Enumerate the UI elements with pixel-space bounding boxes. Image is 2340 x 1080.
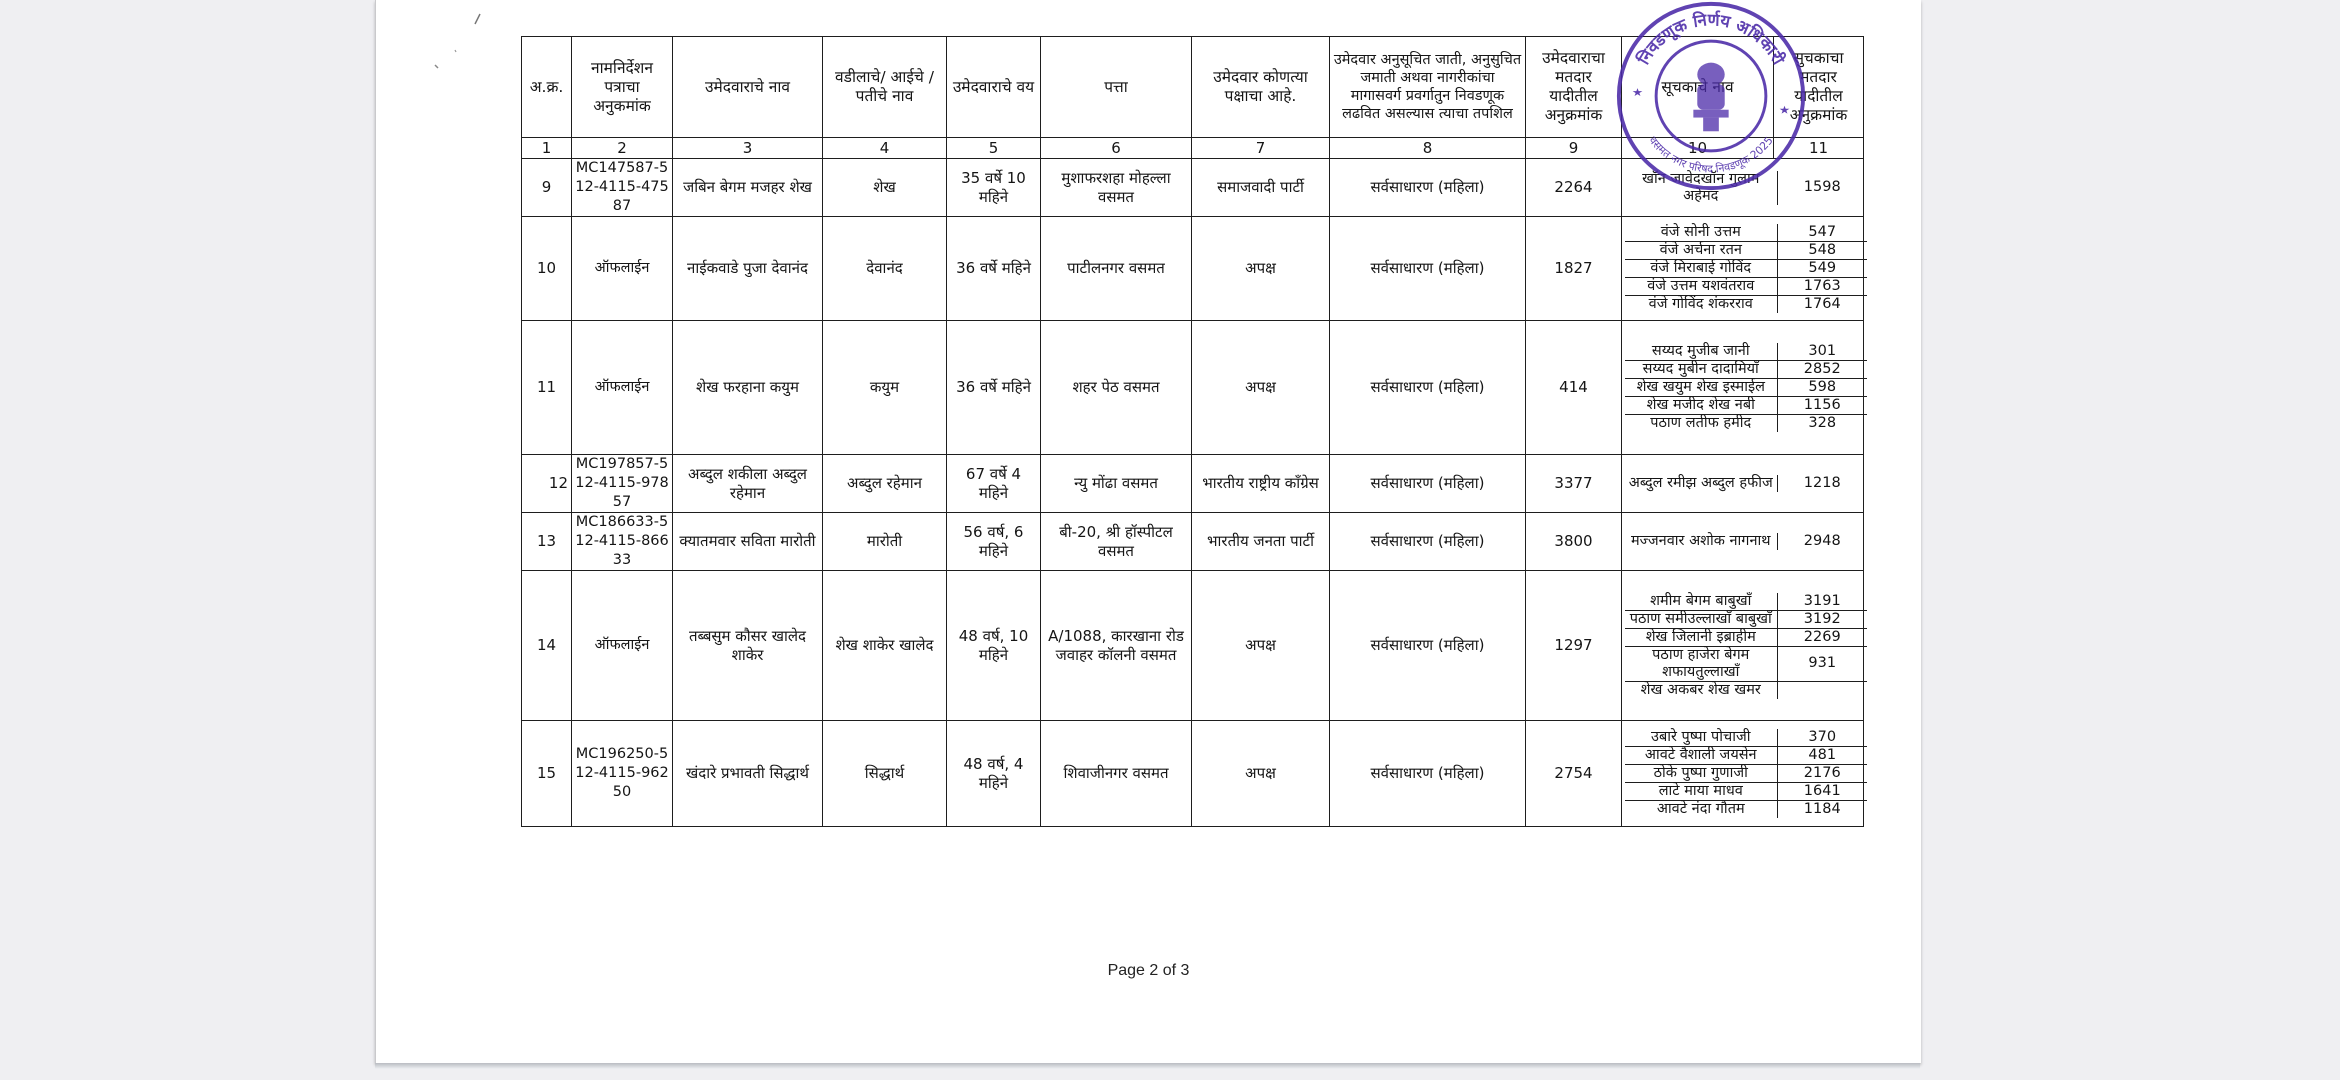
proposer-row: खॉन जावेदखॉन गुलाम अहेमद1598 xyxy=(1625,171,1867,205)
proposer-voter-no: 2852 xyxy=(1777,361,1867,379)
document-page: अ.क्र. नामनिर्देशन पत्राचा अनुकमांक उमेद… xyxy=(375,0,1921,1063)
cell-age: 48 वर्ष, 4 महिने xyxy=(947,721,1041,827)
cell-relative-name: सिद्धार्थ xyxy=(823,721,947,827)
cell-address: बी-20, श्री हॉस्पीटल वसमत xyxy=(1041,513,1192,571)
cell-address: मुशाफरशहा मोहल्ला वसमत xyxy=(1041,159,1192,217)
header-cell: वडीलाचे/ आईचे / पतीचे नाव xyxy=(823,37,947,138)
cell-sr: 11 xyxy=(522,321,572,455)
table-row: 9MC147587-512-4115-47587जबिन बेगम मजहर श… xyxy=(522,159,1864,217)
proposers-cell: अब्दुल रमीझ अब्दुल हफीज1218 xyxy=(1622,455,1864,513)
cell-sr: 15 xyxy=(522,721,572,827)
proposers-cell: सय्यद मुजीब जानी301सय्यद मुबीन दादामियाँ… xyxy=(1622,321,1864,455)
page-number: Page 2 of 3 xyxy=(376,962,1921,980)
proposer-name: सय्यद मुजीब जानी xyxy=(1625,343,1777,361)
proposer-row: मज्जनवार अशोक नागनाथ2948 xyxy=(1625,533,1867,550)
cell-nomination-no: ऑफलाईन xyxy=(572,217,673,321)
proposer-list: शमीम बेगम बाबुखॉं3191पठाण समीउल्लाखॉं बा… xyxy=(1625,593,1867,699)
proposer-name: लाटे माया माधव xyxy=(1625,783,1777,801)
proposers-cell: उबारे पुष्पा पोचाजी370आवटे वैशाली जयसेन4… xyxy=(1622,721,1864,827)
proposer-list: उबारे पुष्पा पोचाजी370आवटे वैशाली जयसेन4… xyxy=(1625,729,1867,818)
cell-category: सर्वसाधारण (महिला) xyxy=(1330,159,1526,217)
cell-address: शिवाजीनगर वसमत xyxy=(1041,721,1192,827)
proposer-name: उबारे पुष्पा पोचाजी xyxy=(1625,729,1777,747)
cell-voter-no: 2754 xyxy=(1526,721,1622,827)
cell-category: सर्वसाधारण (महिला) xyxy=(1330,721,1526,827)
header-cell: उमेदवाराचे नाव xyxy=(673,37,823,138)
proposer-row: शेख खयुम शेख इस्माईल598 xyxy=(1625,379,1867,397)
proposer-name: शेख मजीद शेख नबी xyxy=(1625,397,1777,415)
proposer-name: वंजे सोनी उत्तम xyxy=(1625,224,1777,242)
table-header-row: अ.क्र. नामनिर्देशन पत्राचा अनुकमांक उमेद… xyxy=(522,37,1864,138)
cell-category: सर्वसाधारण (महिला) xyxy=(1330,217,1526,321)
proposer-name: खॉन जावेदखॉन गुलाम अहेमद xyxy=(1625,171,1777,205)
proposer-row: शेख अकबर शेख खमर xyxy=(1625,681,1867,699)
cell-address: A/1088, कारखाना रोड जवाहर कॉलनी वसमत xyxy=(1041,571,1192,721)
column-number: 3 xyxy=(673,138,823,159)
column-number: 7 xyxy=(1192,138,1330,159)
proposer-voter-no: 328 xyxy=(1777,415,1867,433)
table-row: 11ऑफलाईनशेख फरहाना कयुमकयुम36 वर्षे महिन… xyxy=(522,321,1864,455)
proposer-voter-no: 1763 xyxy=(1777,278,1867,296)
column-number: 2 xyxy=(572,138,673,159)
proposer-row: पठाण हाजेरा बेगम शफायतुल्लाखॉं931 xyxy=(1625,646,1867,681)
cell-age: 36 वर्षे महिने xyxy=(947,321,1041,455)
column-number-row: 1 2 3 4 5 6 7 8 9 10 11 xyxy=(522,138,1864,159)
proposer-row: आवटे वैशाली जयसेन481 xyxy=(1625,747,1867,765)
column-number: 10 xyxy=(1622,138,1774,159)
proposer-voter-no: 481 xyxy=(1777,747,1867,765)
cell-nomination-no: MC196250-512-4115-96250 xyxy=(572,721,673,827)
cell-relative-name: मारोती xyxy=(823,513,947,571)
proposer-list: वंजे सोनी उत्तम547वंजे अर्चना रतन548वंजे… xyxy=(1625,224,1867,313)
header-cell: सूचकाचे नाव xyxy=(1622,37,1774,138)
proposer-voter-no: 598 xyxy=(1777,379,1867,397)
proposer-voter-no: 370 xyxy=(1777,729,1867,747)
column-number: 1 xyxy=(522,138,572,159)
proposer-voter-no: 1598 xyxy=(1777,171,1867,205)
cell-age: 56 वर्ष, 6 महिने xyxy=(947,513,1041,571)
proposer-row: शेख जिलानी इब्राहीम2269 xyxy=(1625,628,1867,646)
proposer-name: शमीम बेगम बाबुखॉं xyxy=(1625,593,1777,611)
table-row: 12MC197857-512-4115-97857अब्दुल शकीला अब… xyxy=(522,455,1864,513)
cell-relative-name: अब्दुल रहेमान xyxy=(823,455,947,513)
cell-age: 67 वर्षे 4 महिने xyxy=(947,455,1041,513)
table-body: 9MC147587-512-4115-47587जबिन बेगम मजहर श… xyxy=(522,159,1864,827)
cell-sr: 12 xyxy=(522,455,572,513)
cell-address: शहर पेठ वसमत xyxy=(1041,321,1192,455)
proposer-voter-no: 548 xyxy=(1777,242,1867,260)
header-cell: पत्ता xyxy=(1041,37,1192,138)
proposer-voter-no: 1184 xyxy=(1777,801,1867,819)
header-cell: उमेदवार कोणत्या पक्षाचा आहे. xyxy=(1192,37,1330,138)
proposer-row: शेख मजीद शेख नबी1156 xyxy=(1625,397,1867,415)
proposer-row: लाटे माया माधव1641 xyxy=(1625,783,1867,801)
proposer-voter-no: 547 xyxy=(1777,224,1867,242)
proposer-voter-no: 3191 xyxy=(1777,593,1867,611)
proposer-row: अब्दुल रमीझ अब्दुल हफीज1218 xyxy=(1625,475,1867,492)
proposer-list: अब्दुल रमीझ अब्दुल हफीज1218 xyxy=(1625,475,1867,492)
cell-sr: 14 xyxy=(522,571,572,721)
table-row: 13MC186633-512-4115-86633क्यातमवार सविता… xyxy=(522,513,1864,571)
cell-name: जबिन बेगम मजहर शेख xyxy=(673,159,823,217)
cell-voter-no: 1827 xyxy=(1526,217,1622,321)
proposer-row: आवटे नंदा गौतम1184 xyxy=(1625,801,1867,819)
proposer-voter-no: 549 xyxy=(1777,260,1867,278)
header-cell: उमेदवाराचे वय xyxy=(947,37,1041,138)
cell-voter-no: 414 xyxy=(1526,321,1622,455)
cell-nomination-no: ऑफलाईन xyxy=(572,321,673,455)
column-number: 11 xyxy=(1774,138,1864,159)
proposers-cell: वंजे सोनी उत्तम547वंजे अर्चना रतन548वंजे… xyxy=(1622,217,1864,321)
cell-address: पाटीलनगर वसमत xyxy=(1041,217,1192,321)
proposer-name: पठाण हाजेरा बेगम शफायतुल्लाखॉं xyxy=(1625,646,1777,681)
proposer-name: वंजे मिराबाई गोविंद xyxy=(1625,260,1777,278)
cell-relative-name: शेख xyxy=(823,159,947,217)
proposer-row: सय्यद मुजीब जानी301 xyxy=(1625,343,1867,361)
proposer-list: मज्जनवार अशोक नागनाथ2948 xyxy=(1625,533,1867,550)
proposer-voter-no: 2269 xyxy=(1777,628,1867,646)
proposer-voter-no: 301 xyxy=(1777,343,1867,361)
cell-category: सर्वसाधारण (महिला) xyxy=(1330,455,1526,513)
proposer-voter-no: 1156 xyxy=(1777,397,1867,415)
proposer-row: शमीम बेगम बाबुखॉं3191 xyxy=(1625,593,1867,611)
proposer-name: पठाण समीउल्लाखॉं बाबुखॉं xyxy=(1625,610,1777,628)
proposer-row: पठाण समीउल्लाखॉं बाबुखॉं3192 xyxy=(1625,610,1867,628)
page-edge xyxy=(375,1063,1920,1069)
cell-sr: 10 xyxy=(522,217,572,321)
proposers-cell: शमीम बेगम बाबुखॉं3191पठाण समीउल्लाखॉं बा… xyxy=(1622,571,1864,721)
proposer-row: पठाण लतीफ हमीद328 xyxy=(1625,415,1867,433)
cell-name: क्यातमवार सविता मारोती xyxy=(673,513,823,571)
cell-category: सर्वसाधारण (महिला) xyxy=(1330,571,1526,721)
cell-sr: 9 xyxy=(522,159,572,217)
cell-name: खंदारे प्रभावती सिद्धार्थ xyxy=(673,721,823,827)
cell-party: अपक्ष xyxy=(1192,571,1330,721)
proposers-cell: मज्जनवार अशोक नागनाथ2948 xyxy=(1622,513,1864,571)
cell-relative-name: कयुम xyxy=(823,321,947,455)
cell-nomination-no: ऑफलाईन xyxy=(572,571,673,721)
column-number: 9 xyxy=(1526,138,1622,159)
cell-voter-no: 3800 xyxy=(1526,513,1622,571)
proposer-voter-no: 2948 xyxy=(1777,533,1867,550)
proposers-cell: खॉन जावेदखॉन गुलाम अहेमद1598 xyxy=(1622,159,1864,217)
proposer-row: ठोके पुष्पा गुणाजी2176 xyxy=(1625,765,1867,783)
cell-age: 36 वर्षे महिने xyxy=(947,217,1041,321)
candidate-table: अ.क्र. नामनिर्देशन पत्राचा अनुकमांक उमेद… xyxy=(521,36,1864,827)
header-cell: उमेदवार अनुसूचित जाती, अनुसुचित जमाती अथ… xyxy=(1330,37,1526,138)
cell-nomination-no: MC197857-512-4115-97857 xyxy=(572,455,673,513)
proposer-name: सय्यद मुबीन दादामियाँ xyxy=(1625,361,1777,379)
cell-party: समाजवादी पार्टी xyxy=(1192,159,1330,217)
proposer-row: वंजे मिराबाई गोविंद549 xyxy=(1625,260,1867,278)
table-row: 14ऑफलाईनतब्बसुम कौसर खालेद शाकेरशेख शाके… xyxy=(522,571,1864,721)
cell-address: न्यु मोंढा वसमत xyxy=(1041,455,1192,513)
column-number: 6 xyxy=(1041,138,1192,159)
header-cell: नामनिर्देशन पत्राचा अनुकमांक xyxy=(572,37,673,138)
cell-voter-no: 1297 xyxy=(1526,571,1622,721)
proposer-voter-no: 931 xyxy=(1777,646,1867,681)
proposer-name: वंजे अर्चना रतन xyxy=(1625,242,1777,260)
cell-nomination-no: MC186633-512-4115-86633 xyxy=(572,513,673,571)
proposer-voter-no: 1218 xyxy=(1777,475,1867,492)
proposer-voter-no xyxy=(1777,681,1867,699)
proposer-row: उबारे पुष्पा पोचाजी370 xyxy=(1625,729,1867,747)
proposer-row: वंजे अर्चना रतन548 xyxy=(1625,242,1867,260)
cell-voter-no: 2264 xyxy=(1526,159,1622,217)
proposer-name: आवटे वैशाली जयसेन xyxy=(1625,747,1777,765)
proposer-name: शेख जिलानी इब्राहीम xyxy=(1625,628,1777,646)
proposer-name: वंजे गोविंद शंकरराव xyxy=(1625,296,1777,314)
proposer-name: शेख खयुम शेख इस्माईल xyxy=(1625,379,1777,397)
proposer-name: ठोके पुष्पा गुणाजी xyxy=(1625,765,1777,783)
proposer-name: अब्दुल रमीझ अब्दुल हफीज xyxy=(1625,475,1777,492)
cell-name: नाईकवाडे पुजा देवानंद xyxy=(673,217,823,321)
cell-category: सर्वसाधारण (महिला) xyxy=(1330,513,1526,571)
cell-nomination-no: MC147587-512-4115-47587 xyxy=(572,159,673,217)
proposer-name: पठाण लतीफ हमीद xyxy=(1625,415,1777,433)
cell-name: शेख फरहाना कयुम xyxy=(673,321,823,455)
proposer-name: आवटे नंदा गौतम xyxy=(1625,801,1777,819)
proposer-list: खॉन जावेदखॉन गुलाम अहेमद1598 xyxy=(1625,171,1867,205)
cell-category: सर्वसाधारण (महिला) xyxy=(1330,321,1526,455)
proposer-row: वंजे सोनी उत्तम547 xyxy=(1625,224,1867,242)
cell-party: अपक्ष xyxy=(1192,321,1330,455)
cell-relative-name: शेख शाकेर खालेद xyxy=(823,571,947,721)
header-cell: अ.क्र. xyxy=(522,37,572,138)
proposer-row: वंजे उत्तम यशवंतराव1763 xyxy=(1625,278,1867,296)
proposer-list: सय्यद मुजीब जानी301सय्यद मुबीन दादामियाँ… xyxy=(1625,343,1867,432)
cell-relative-name: देवानंद xyxy=(823,217,947,321)
cell-voter-no: 3377 xyxy=(1526,455,1622,513)
proposer-voter-no: 1641 xyxy=(1777,783,1867,801)
cell-age: 35 वर्षे 10 महिने xyxy=(947,159,1041,217)
proposer-row: सय्यद मुबीन दादामियाँ2852 xyxy=(1625,361,1867,379)
header-cell: सुचकाचा मतदार यादीतील अनुक्रमांक xyxy=(1774,37,1864,138)
header-cell: उमेदवाराचा मतदार यादीतील अनुक्रमांक xyxy=(1526,37,1622,138)
table-row: 10ऑफलाईननाईकवाडे पुजा देवानंददेवानंद36 व… xyxy=(522,217,1864,321)
column-number: 4 xyxy=(823,138,947,159)
proposer-voter-no: 1764 xyxy=(1777,296,1867,314)
cell-party: भारतीय राष्ट्रीय कॉंग्रेस xyxy=(1192,455,1330,513)
column-number: 5 xyxy=(947,138,1041,159)
cell-party: अपक्ष xyxy=(1192,217,1330,321)
cell-sr: 13 xyxy=(522,513,572,571)
proposer-row: वंजे गोविंद शंकरराव1764 xyxy=(1625,296,1867,314)
cell-party: अपक्ष xyxy=(1192,721,1330,827)
proposer-name: वंजे उत्तम यशवंतराव xyxy=(1625,278,1777,296)
cell-name: अब्दुल शकीला अब्दुल रहेमान xyxy=(673,455,823,513)
cell-age: 48 वर्ष, 10 महिने xyxy=(947,571,1041,721)
cell-name: तब्बसुम कौसर खालेद शाकेर xyxy=(673,571,823,721)
proposer-voter-no: 3192 xyxy=(1777,610,1867,628)
column-number: 8 xyxy=(1330,138,1526,159)
cell-party: भारतीय जनता पार्टी xyxy=(1192,513,1330,571)
table-row: 15MC196250-512-4115-96250खंदारे प्रभावती… xyxy=(522,721,1864,827)
proposer-name: मज्जनवार अशोक नागनाथ xyxy=(1625,533,1777,550)
proposer-voter-no: 2176 xyxy=(1777,765,1867,783)
proposer-name: शेख अकबर शेख खमर xyxy=(1625,681,1777,699)
